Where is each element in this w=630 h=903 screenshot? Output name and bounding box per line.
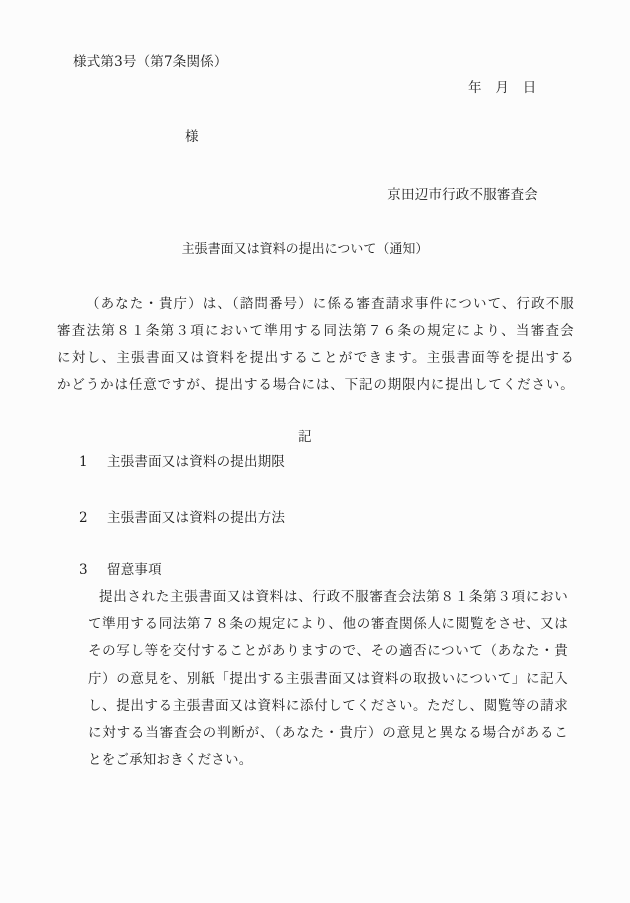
list-item-2: 2 主張書面又は資料の提出方法 xyxy=(79,509,285,528)
date-line: 年 月 日 xyxy=(468,79,537,98)
item-number: 2 xyxy=(79,509,107,528)
body-line: 審査法第８１条第３項において準用する同法第７６条の規定により、当審査会 xyxy=(57,318,574,345)
note-line: 庁）の意見を、別紙「提出する主張書面又は資料の取扱いについて」に記入 xyxy=(88,666,568,693)
document-page: 様式第3号（第7条関係） 年 月 日 様 京田辺市行政不服審査会 主張書面又は資… xyxy=(0,0,630,903)
item-label: 留意事項 xyxy=(107,561,162,580)
addressee-honorific: 様 xyxy=(185,128,199,147)
list-item-1: 1 主張書面又は資料の提出期限 xyxy=(79,453,285,472)
note-line: に対する当審査会の判断が、（あなた・貴庁）の意見と異なる場合があるこ xyxy=(88,720,568,747)
note-line: し、提出する主張書面又は資料に添付してください。ただし、閲覧等の請求 xyxy=(88,693,568,720)
item-number: 3 xyxy=(79,561,107,580)
note-line: 提出された主張書面又は資料は、行政不服審査会法第８１条第３項におい xyxy=(88,584,568,611)
item-label: 主張書面又は資料の提出方法 xyxy=(107,509,285,528)
note-line: その写し等を交付することがありますので、その適否について（あなた・貴 xyxy=(88,638,568,665)
note-line: て準用する同法第７８条の規定により、他の審査関係人に閲覧をさせ、又は xyxy=(88,611,568,638)
note-line: とをご承知おきください。 xyxy=(88,747,568,774)
item-number: 1 xyxy=(79,453,107,472)
item-label: 主張書面又は資料の提出期限 xyxy=(107,453,285,472)
body-line: （あなた・貴庁）は、（諮問番号）に係る審査請求事件について、行政不服 xyxy=(57,291,574,318)
form-number-line: 様式第3号（第7条関係） xyxy=(73,53,228,72)
sender-organization: 京田辺市行政不服審査会 xyxy=(387,186,538,205)
notes-paragraph: 提出された主張書面又は資料は、行政不服審査会法第８１条第３項におい て準用する同… xyxy=(88,584,568,774)
list-item-3: 3 留意事項 xyxy=(79,561,162,580)
body-line: かどうかは任意ですが、提出する場合には、下記の期限内に提出してください。 xyxy=(57,372,574,399)
body-line: に対し、主張書面又は資料を提出することができます。主張書面等を提出する xyxy=(57,345,574,372)
document-title: 主張書面又は資料の提出について（通知） xyxy=(0,240,610,259)
body-paragraph: （あなた・貴庁）は、（諮問番号）に係る審査請求事件について、行政不服 審査法第８… xyxy=(57,291,574,399)
ki-marker: 記 xyxy=(0,428,610,447)
